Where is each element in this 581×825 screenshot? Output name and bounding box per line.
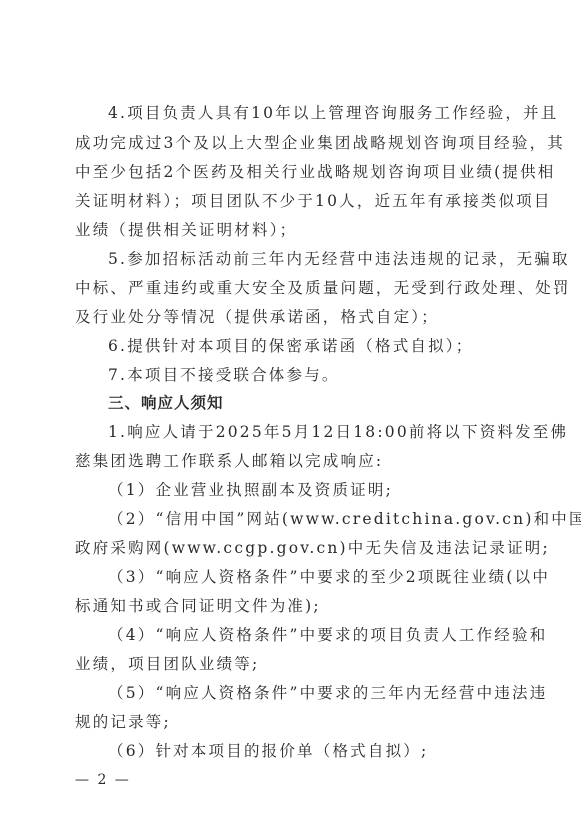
list-item-line: （5）“响应人资格条件”中要求的三年内无经营中违法违 <box>108 683 548 703</box>
paragraph-line: 关证明材料）；项目团队不少于10人，近五年有承接类似项目 <box>75 191 515 211</box>
paragraph-line: 业绩（提供相关证明材料）； <box>75 220 515 240</box>
paragraph-line: 6.提供针对本项目的保密承诺函（格式自拟）； <box>108 336 548 356</box>
page-number: — 2 — <box>75 772 131 788</box>
paragraph-line: 7.本项目不接受联合体参与。 <box>108 365 548 385</box>
paragraph-line: 4.项目负责人具有10年以上管理咨询服务工作经验，并且 <box>108 103 548 123</box>
list-item-line: （3）“响应人资格条件”中要求的至少2项既往业绩(以中 <box>108 567 548 587</box>
paragraph-line: 中标、严重违约或重大安全及质量问题，无受到行政处理、处罚 <box>75 278 515 298</box>
list-item-line: （4）“响应人资格条件”中要求的项目负责人工作经验和 <box>108 625 548 645</box>
paragraph-line: 1.响应人请于2025年5月12日18:00前将以下资料发至佛 <box>108 422 548 442</box>
paragraph-line: 中至少包括2个医药及相关行业战略规划咨询项目业绩(提供相 <box>75 162 515 182</box>
list-item-line: （6）针对本项目的报价单（格式自拟）; <box>108 741 548 761</box>
list-item-line: （2）“信用中国”网站(www.creditchina.gov.cn)和中国 <box>108 509 548 529</box>
list-item-line: 政府采购网(www.ccgp.gov.cn)中无失信及违法记录证明; <box>75 538 515 558</box>
section-heading: 三、响应人须知 <box>108 393 548 413</box>
paragraph-line: 成功完成过3个及以上大型企业集团战略规划咨询项目经验，其 <box>75 133 515 153</box>
list-item-line: 标通知书或合同证明文件为准); <box>75 596 515 616</box>
list-item-line: （1）企业营业执照副本及资质证明; <box>108 480 548 500</box>
paragraph-line: 5.参加招标活动前三年内无经营中违法违规的记录，无骗取 <box>108 249 548 269</box>
paragraph-line: 及行业处分等情况（提供承诺函，格式自定）； <box>75 307 515 327</box>
document-page: 4.项目负责人具有10年以上管理咨询服务工作经验，并且 成功完成过3个及以上大型… <box>0 0 581 825</box>
paragraph-line: 慈集团选聘工作联系人邮箱以完成响应: <box>75 451 515 471</box>
list-item-line: 规的记录等; <box>75 712 515 732</box>
list-item-line: 业绩，项目团队业绩等; <box>75 654 515 674</box>
